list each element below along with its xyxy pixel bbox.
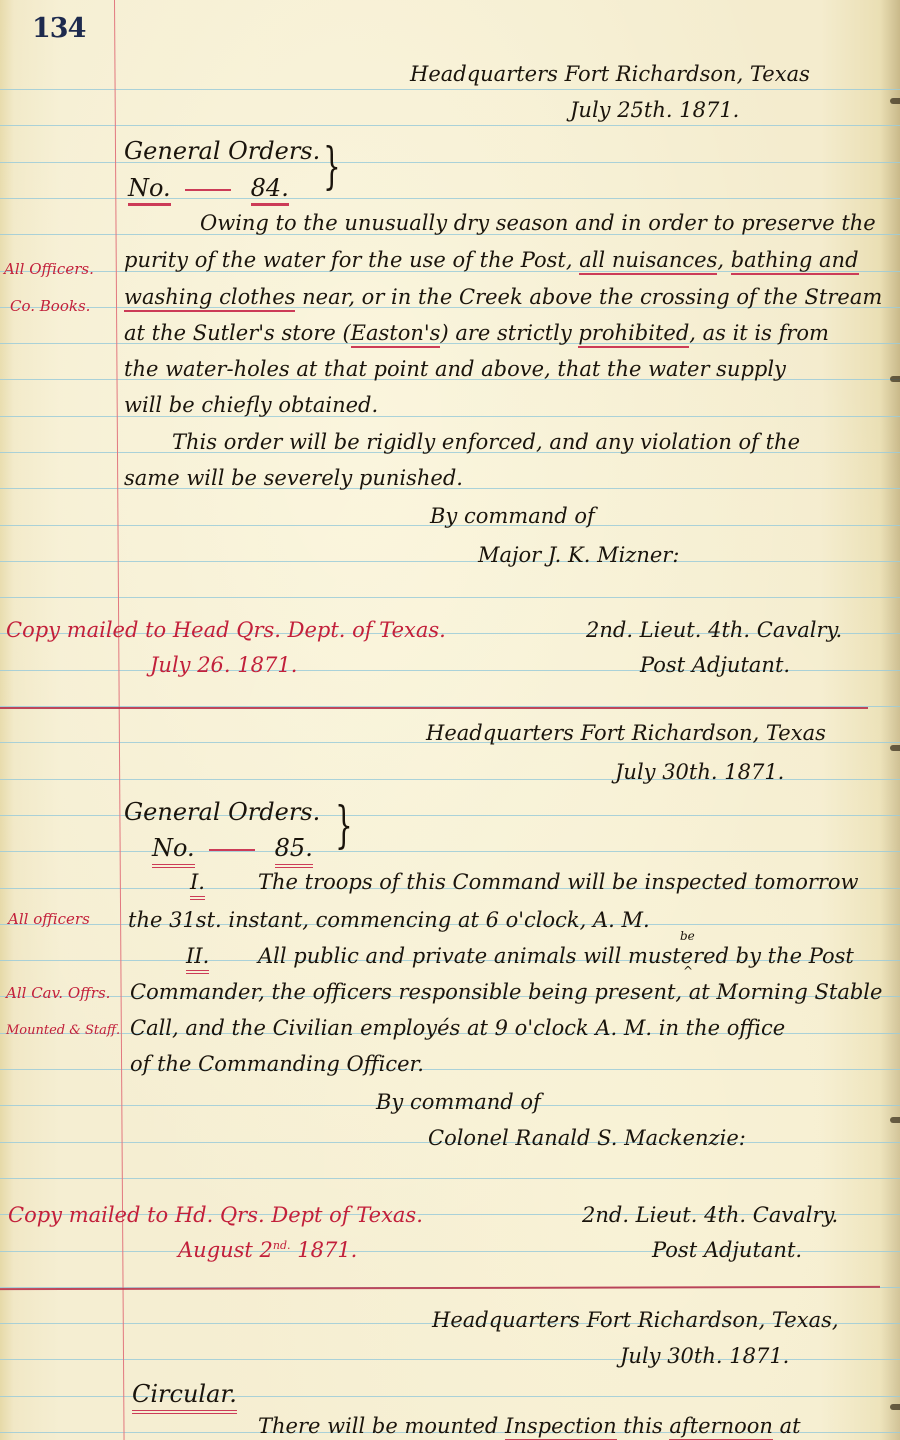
page-number: 134 — [32, 13, 85, 44]
heading-date: July 30th. 1871. — [620, 1346, 789, 1367]
edge-mark — [890, 1404, 900, 1410]
underlined-phrase: washing clothes — [124, 285, 295, 312]
body-line: Call, and the Civilian employés at 9 o'c… — [130, 1018, 785, 1039]
order-number: 85. — [275, 834, 313, 868]
heading-date: July 30th. 1871. — [615, 762, 784, 783]
signature-title: Post Adjutant. — [652, 1240, 802, 1261]
edge-mark — [890, 745, 900, 751]
body-line: the water-holes at that point and above,… — [124, 359, 786, 380]
underlined-phrase: prohibited — [578, 321, 689, 348]
heading-location: Headquarters Fort Richardson, Texas — [410, 64, 810, 85]
ledger-page: 134 Headquarters Fort Richardson, Texas … — [0, 0, 900, 1440]
numeral-i: I. — [190, 870, 205, 900]
by-command: By command of — [430, 506, 595, 527]
copy-date-main: August 2 — [178, 1238, 273, 1262]
brace-icon: } — [323, 141, 340, 191]
body-line: same will be severely punished. — [124, 468, 463, 489]
body-line: purity of the water for the use of the P… — [124, 250, 859, 271]
underlined-phrase: all nuisances — [579, 248, 717, 275]
brace-icon: } — [335, 800, 352, 850]
signature-title: Post Adjutant. — [640, 655, 790, 676]
margin-note: Co. Books. — [10, 299, 90, 314]
rule-line — [0, 561, 900, 562]
order-number-line: No.85. — [152, 836, 313, 860]
copy-note: Copy mailed to Head Qrs. Dept. of Texas. — [6, 620, 446, 641]
body-line: will be chiefly obtained. — [124, 395, 378, 416]
circular-title: Circular. — [132, 1382, 237, 1406]
insertion-word: be — [680, 930, 695, 942]
copy-note-date: August 2nd. 1871. — [178, 1240, 357, 1261]
rule-line — [0, 89, 900, 90]
body-line: Owing to the unusually dry season and in… — [200, 213, 876, 234]
body-line: washing clothes near, or in the Creek ab… — [124, 287, 882, 308]
order-number-line: No.84. — [128, 176, 289, 200]
order-title: General Orders. — [124, 800, 320, 824]
commander-name: Colonel Ranald S. Mackenzie: — [428, 1128, 746, 1149]
body-line: the 31st. instant, commencing at 6 o'clo… — [128, 910, 650, 931]
red-dash — [209, 849, 255, 851]
copy-date-suffix: nd. — [273, 1239, 291, 1252]
underlined-phrase: bathing and — [731, 248, 859, 275]
paragraph-numeral: I. — [190, 872, 205, 893]
order-number-label: No. — [128, 174, 171, 206]
underlined-phrase: Inspection — [505, 1414, 617, 1440]
copy-date-year: 1871. — [297, 1238, 357, 1262]
order-title: General Orders. — [124, 139, 320, 163]
copy-note-date: July 26. 1871. — [150, 655, 297, 676]
body-line: of the Commanding Officer. — [130, 1054, 424, 1075]
rule-line — [0, 1178, 900, 1179]
order-number: 84. — [251, 174, 289, 206]
margin-note: All Cav. Offrs. — [6, 986, 110, 1001]
rule-line — [0, 597, 900, 598]
edge-mark — [890, 98, 900, 104]
paragraph-numeral: II. — [186, 946, 209, 967]
body-line: at the Sutler's store (Easton's) are str… — [124, 323, 829, 344]
margin-note: All officers — [8, 912, 90, 927]
edge-mark — [890, 1117, 900, 1123]
body-line: The troops of this Command will be inspe… — [258, 872, 859, 893]
body-line: There will be mounted Inspection this af… — [258, 1416, 801, 1437]
edge-mark — [890, 376, 900, 382]
margin-note: Mounted & Staff. — [6, 1024, 120, 1037]
heading-date: July 25th. 1871. — [570, 100, 739, 121]
heading-location: Headquarters Fort Richardson, Texas — [426, 723, 826, 744]
underlined-phrase: Easton's — [351, 321, 441, 348]
signature-rank: 2nd. Lieut. 4th. Cavalry. — [586, 620, 842, 641]
signature-rank: 2nd. Lieut. 4th. Cavalry. — [582, 1205, 838, 1226]
heading-location: Headquarters Fort Richardson, Texas, — [432, 1310, 839, 1331]
order-number-label: No. — [152, 834, 195, 868]
numeral-ii: II. — [186, 944, 209, 974]
copy-note: Copy mailed to Hd. Qrs. Dept of Texas. — [8, 1205, 423, 1226]
by-command: By command of — [376, 1092, 541, 1113]
body-line: Commander, the officers responsible bein… — [130, 982, 882, 1003]
body-line: All public and private animals will must… — [258, 946, 854, 967]
entry-separator — [0, 707, 868, 709]
circular-title-text: Circular. — [132, 1380, 237, 1414]
commander-name: Major J. K. Mizner: — [478, 545, 679, 566]
margin-note: All Officers. — [4, 262, 94, 277]
underlined-phrase: afternoon — [669, 1414, 773, 1440]
rule-line — [0, 851, 900, 852]
red-dash — [185, 189, 231, 191]
body-line: This order will be rigidly enforced, and… — [172, 432, 800, 453]
rule-line — [0, 125, 900, 126]
